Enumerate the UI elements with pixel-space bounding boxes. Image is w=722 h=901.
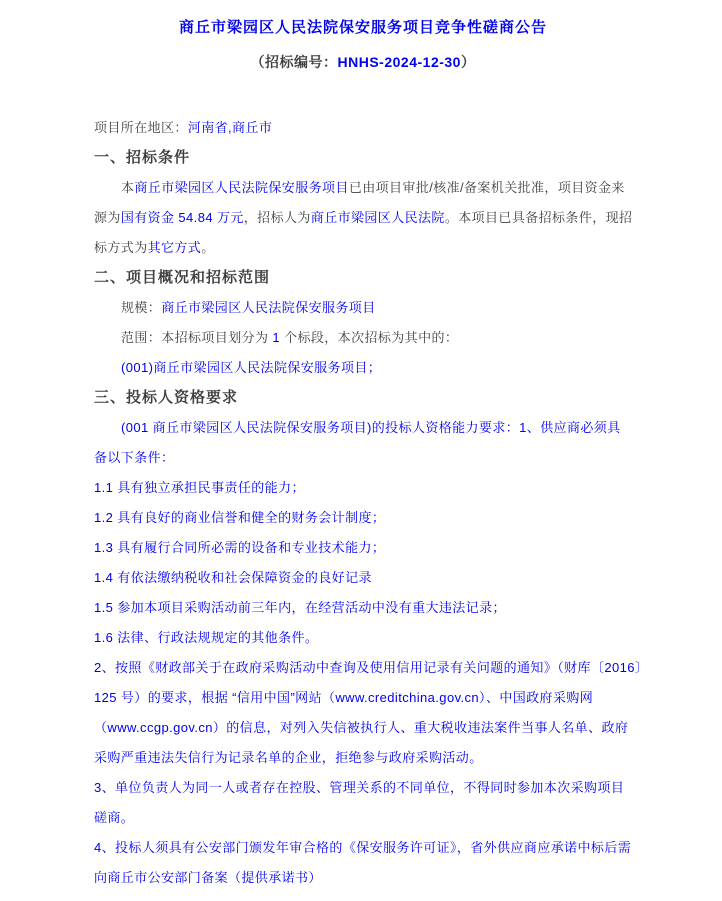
text-run: 商丘市梁园区人民法院保安服务项目	[161, 300, 375, 315]
text-run: 源为	[94, 210, 121, 225]
text-line: 项目所在地区：河南省,商丘市	[94, 113, 632, 143]
text-line: 1.6 法律、行政法规规定的其他条件。	[94, 623, 632, 653]
text-run: 二、项目概况和招标范围	[94, 269, 270, 286]
text-run: 三、投标人资格要求	[94, 389, 238, 406]
text-run: 个标段，本次招标为其中的：	[280, 330, 458, 345]
text-run: (001 商丘市梁园区人民法院保安服务项目)的投标人资格能力要求：1、供应商必须…	[121, 420, 621, 435]
text-run: 1.2 具有良好的商业信誉和健全的财务会计制度；	[94, 510, 385, 525]
text-run: 标方式为	[94, 240, 148, 255]
text-run: 1	[272, 330, 280, 345]
text-line: （www.ccgp.gov.cn）的信息，对列入失信被执行人、重大税收违法案件当…	[94, 713, 632, 743]
section-heading: 二、项目概况和招标范围	[94, 263, 632, 293]
text-run: 国有资金 54.84 万元	[121, 210, 244, 225]
text-line: 1.4 有依法缴纳税收和社会保障资金的良好记录	[94, 563, 632, 593]
text-run: 已由项目审批/核准/备案机关批准，项目资金来	[349, 180, 625, 195]
text-line: 125 号）的要求，根据 “信用中国”网站（www.creditchina.go…	[94, 683, 632, 713]
text-line: 采购严重违法失信行为记录名单的企业，拒绝参与政府采购活动。	[94, 743, 632, 773]
text-run: 1.5 参加本项目采购活动前三年内，在经营活动中没有重大违法记录；	[94, 600, 506, 615]
text-line: 范围：本招标项目划分为 1 个标段，本次招标为其中的：	[94, 323, 632, 353]
text-run: 商丘市梁园区人民法院保安服务项目	[134, 180, 348, 195]
text-line: 4、投标人须具有公安部门颁发年审合格的《保安服务许可证》，省外供应商应承诺中标后…	[94, 833, 632, 863]
document-body: 项目所在地区：河南省,商丘市一、招标条件本商丘市梁园区人民法院保安服务项目已由项…	[94, 113, 632, 893]
text-line: 备以下条件：	[94, 443, 632, 473]
text-line: 磋商。	[94, 803, 632, 833]
text-run: 125 号）的要求，根据 “信用中国”网站（www.creditchina.go…	[94, 690, 593, 705]
text-run: ，招标人为	[244, 210, 311, 225]
text-run: 本	[121, 180, 134, 195]
text-run: （www.ccgp.gov.cn）的信息，对列入失信被执行人、重大税收违法案件当…	[94, 720, 628, 735]
tender-number-value: HNHS-2024-12-30	[338, 54, 461, 70]
text-run: 向商丘市公安部门备案（提供承诺书）	[94, 870, 322, 885]
text-run: 。	[201, 240, 214, 255]
text-run: 4、投标人须具有公安部门颁发年审合格的《保安服务许可证》，省外供应商应承诺中标后…	[94, 840, 631, 855]
document-subtitle: （招标编号：HNHS-2024-12-30）	[94, 50, 632, 74]
text-run: 范围：本招标项目划分为	[121, 330, 272, 345]
text-line: 1.2 具有良好的商业信誉和健全的财务会计制度；	[94, 503, 632, 533]
text-line: 1.1 具有独立承担民事责任的能力；	[94, 473, 632, 503]
text-run: 1.6 法律、行政法规规定的其他条件。	[94, 630, 318, 645]
text-run: 2、按照《财政部关于在政府采购活动中查询及使用信用记录有关问题的通知》（财库〔2…	[94, 660, 648, 675]
tender-number-label: （招标编号：	[251, 54, 338, 70]
text-run: 规模：	[121, 300, 161, 315]
text-run: (001)商丘市梁园区人民法院保安服务项目；	[121, 360, 381, 375]
text-run: 1.1 具有独立承担民事责任的能力；	[94, 480, 305, 495]
text-line: 1.3 具有履行合同所必需的设备和专业技术能力；	[94, 533, 632, 563]
document-page: 商丘市梁园区人民法院保安服务项目竞争性磋商公告 （招标编号：HNHS-2024-…	[0, 0, 722, 901]
text-line: 向商丘市公安部门备案（提供承诺书）	[94, 863, 632, 893]
text-line: 本商丘市梁园区人民法院保安服务项目已由项目审批/核准/备案机关批准，项目资金来	[94, 173, 632, 203]
text-run: 商丘市梁园区人民法院	[311, 210, 445, 225]
text-run: 1.4 有依法缴纳税收和社会保障资金的良好记录	[94, 570, 372, 585]
document-title: 商丘市梁园区人民法院保安服务项目竞争性磋商公告	[94, 16, 632, 40]
text-run: 。本项目已具备招标条件，现招	[445, 210, 633, 225]
text-line: 2、按照《财政部关于在政府采购活动中查询及使用信用记录有关问题的通知》（财库〔2…	[94, 653, 632, 683]
section-heading: 三、投标人资格要求	[94, 383, 632, 413]
section-heading: 一、招标条件	[94, 143, 632, 173]
text-run: 一、招标条件	[94, 149, 190, 166]
tender-number-close: ）	[461, 54, 476, 70]
text-line: 1.5 参加本项目采购活动前三年内，在经营活动中没有重大违法记录；	[94, 593, 632, 623]
text-run: 其它方式	[148, 240, 202, 255]
text-line: (001)商丘市梁园区人民法院保安服务项目；	[94, 353, 632, 383]
text-run: 项目所在地区：	[94, 120, 188, 135]
text-run: 采购严重违法失信行为记录名单的企业，拒绝参与政府采购活动。	[94, 750, 483, 765]
text-line: (001 商丘市梁园区人民法院保安服务项目)的投标人资格能力要求：1、供应商必须…	[94, 413, 632, 443]
text-line: 源为国有资金 54.84 万元，招标人为商丘市梁园区人民法院。本项目已具备招标条…	[94, 203, 632, 233]
text-line: 3、单位负责人为同一人或者存在控股、管理关系的不同单位，不得同时参加本次采购项目	[94, 773, 632, 803]
text-line: 标方式为其它方式。	[94, 233, 632, 263]
text-run: 备以下条件：	[94, 450, 174, 465]
text-line: 规模：商丘市梁园区人民法院保安服务项目	[94, 293, 632, 323]
text-run: 3、单位负责人为同一人或者存在控股、管理关系的不同单位，不得同时参加本次采购项目	[94, 780, 624, 795]
text-run: 河南省,商丘市	[188, 120, 272, 135]
text-run: 磋商。	[94, 810, 134, 825]
text-run: 1.3 具有履行合同所必需的设备和专业技术能力；	[94, 540, 385, 555]
